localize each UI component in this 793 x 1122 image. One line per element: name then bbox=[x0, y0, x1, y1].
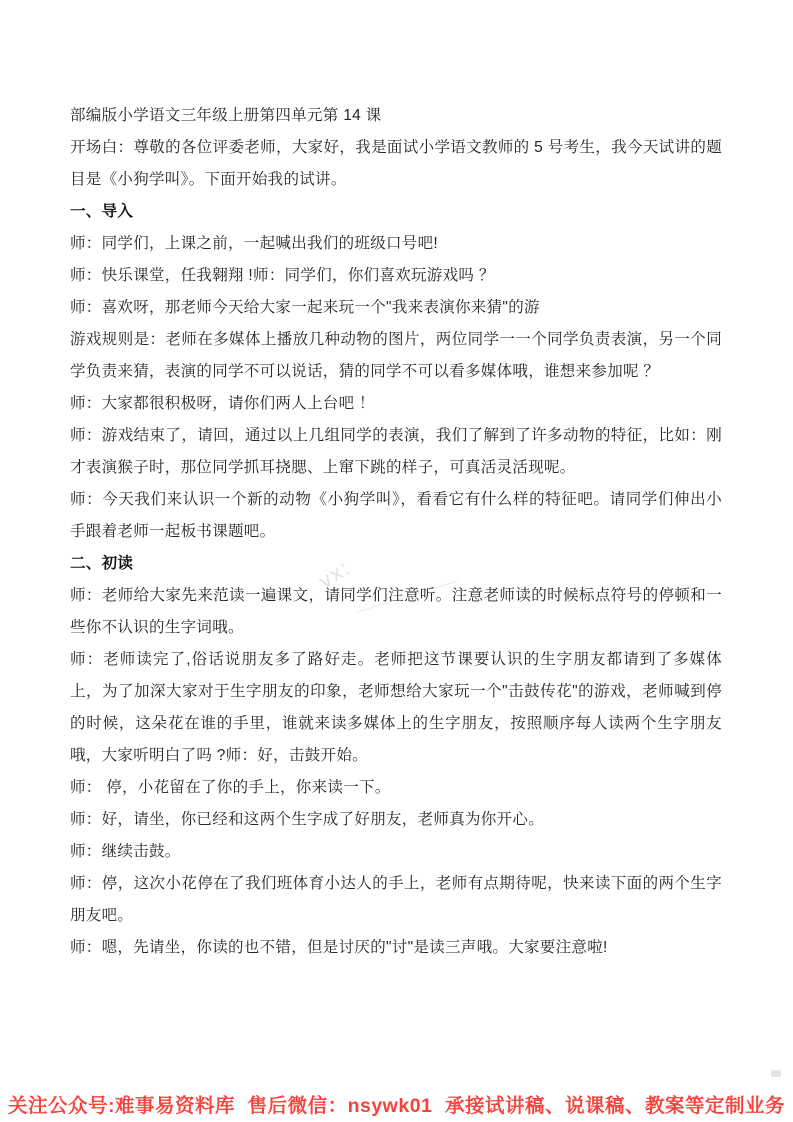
paragraph: 师：老师读完了,俗话说朋友多了路好走。老师把这节课要认识的生字朋友都请到了多媒体… bbox=[70, 644, 722, 772]
paragraph: 师：快乐课堂，任我翱翔 !师：同学们，你们喜欢玩游戏吗 ？ bbox=[70, 260, 722, 292]
scan-artifact bbox=[771, 1070, 781, 1077]
paragraph: 部编版小学语文三年级上册第四单元第 14 课 bbox=[70, 100, 722, 132]
promo-footer: 关注公众号:难事易资料库 售后微信：nsywk01 承接试讲稿、说课稿、教案等定… bbox=[8, 1090, 785, 1118]
footer-public-account: 关注公众号:难事易资料库 bbox=[8, 1090, 235, 1118]
section-heading-intro: 一、导入 bbox=[70, 196, 722, 228]
paragraph: 开场白：尊敬的各位评委老师，大家好，我是面试小学语文教师的 5 号考生，我今天试… bbox=[70, 132, 722, 196]
paragraph: 师：同学们，上课之前，一起喊出我们的班级口号吧! bbox=[70, 228, 722, 260]
paragraph: 师：好，请坐，你已经和这两个生字成了好朋友，老师真为你开心。 bbox=[70, 804, 722, 836]
paragraph: 师：老师给大家先来范读一遍课文，请同学们注意听。注意老师读的时候标点符号的停顿和… bbox=[70, 580, 722, 644]
footer-services: 承接试讲稿、说课稿、教案等定制业务 bbox=[445, 1090, 785, 1118]
paragraph: 师：大家都很积极呀，请你们两人上台吧 ！ bbox=[70, 388, 722, 420]
paragraph: 师：继续击鼓。 bbox=[70, 836, 722, 868]
paragraph: 师：喜欢呀，那老师今天给大家一起来玩一个"我来表演你来猜"的游 bbox=[70, 292, 722, 324]
paragraph: 师： 停，小花留在了你的手上，你来读一下。 bbox=[70, 772, 722, 804]
footer-wechat-contact: 售后微信：nsywk01 bbox=[248, 1090, 433, 1118]
document-body: 部编版小学语文三年级上册第四单元第 14 课 开场白：尊敬的各位评委老师，大家好… bbox=[70, 0, 722, 964]
paragraph: 师：今天我们来认识一个新的动物《小狗学叫》，看看它有什么样的特征吧。请同学们伸出… bbox=[70, 484, 722, 548]
document-page: 部编版小学语文三年级上册第四单元第 14 课 开场白：尊敬的各位评委老师，大家好… bbox=[0, 0, 793, 1122]
paragraph: 游戏规则是：老师在多媒体上播放几种动物的图片，两位同学一一个同学负责表演，另一个… bbox=[70, 324, 722, 388]
paragraph: 师：嗯，先请坐，你读的也不错，但是讨厌的"讨"是读三声哦。大家要注意啦! bbox=[70, 932, 722, 964]
paragraph: 师：游戏结束了，请回，通过以上几组同学的表演，我们了解到了许多动物的特征，比如：… bbox=[70, 420, 722, 484]
paragraph: 师：停，这次小花停在了我们班体育小达人的手上，老师有点期待呢，快来读下面的两个生… bbox=[70, 868, 722, 932]
section-heading-first-read: 二、初读 bbox=[70, 548, 722, 580]
